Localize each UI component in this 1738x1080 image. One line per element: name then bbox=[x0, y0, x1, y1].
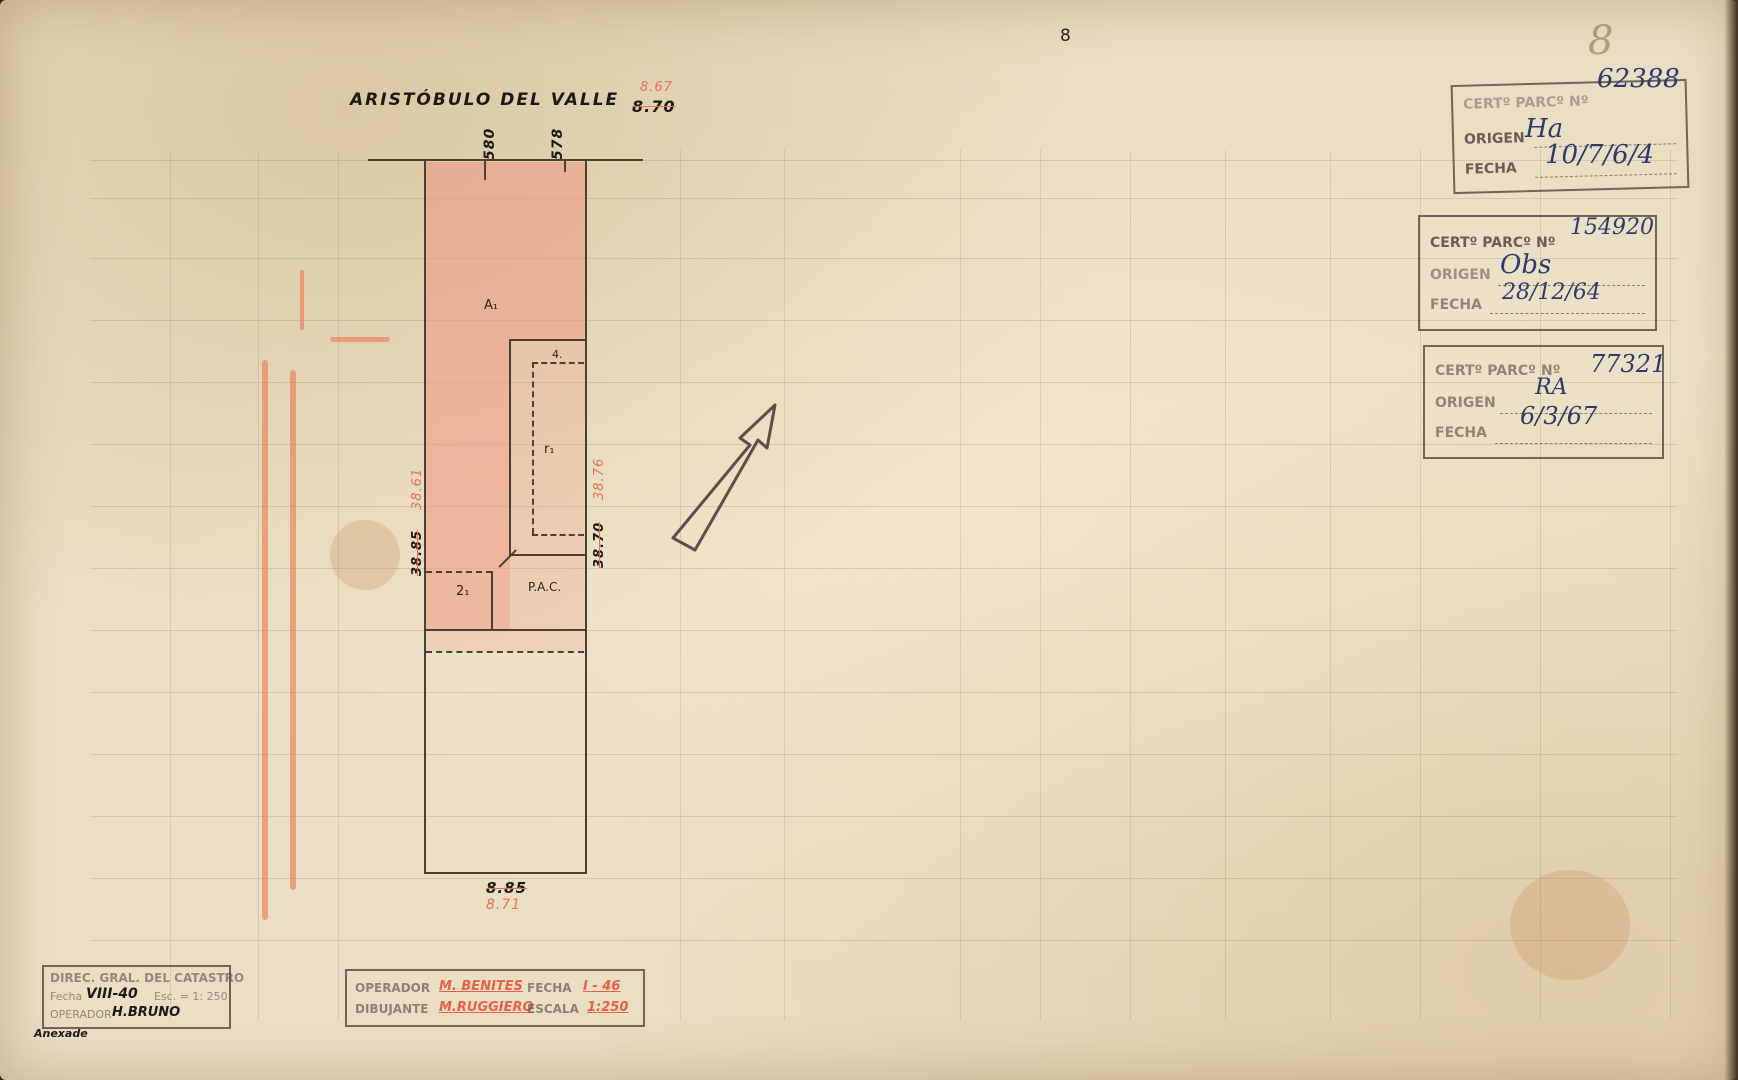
draftsman-value: M.RUGGIERO bbox=[439, 1000, 534, 1015]
cert-date-label: FECHA bbox=[1465, 160, 1517, 177]
built-area-fill-light bbox=[426, 630, 586, 652]
water-stain bbox=[1510, 870, 1630, 980]
catastro-scale-label: Esc. = 1: 250 bbox=[154, 990, 228, 1003]
cert-origin-value: Obs bbox=[1500, 250, 1551, 280]
annex-note: Anexade bbox=[34, 1027, 88, 1040]
cert-date-label: FECHA bbox=[1435, 425, 1487, 441]
cert-origin-label: ORIGEN bbox=[1464, 130, 1525, 148]
operator-value: M. BENITES bbox=[439, 979, 523, 994]
cadastral-card: 8 8 ARISTÓBULO DEL VALLE 8.70 8.67 580 5… bbox=[0, 0, 1738, 1080]
frontage-original: 8.70 bbox=[632, 97, 675, 116]
water-stain bbox=[330, 520, 400, 590]
cert-number-value: 62388 bbox=[1597, 64, 1680, 94]
door-number-580: 580 bbox=[482, 128, 498, 160]
left-depth-original: 38.85 bbox=[410, 530, 425, 576]
zone-label-2: 2₁ bbox=[456, 584, 469, 599]
page-number: 8 bbox=[1060, 26, 1071, 46]
cert-origin-label: ORIGEN bbox=[1430, 267, 1491, 283]
right-depth-corrected: 38.76 bbox=[592, 458, 607, 500]
door-number-578: 578 bbox=[550, 128, 566, 160]
red-ink-streak bbox=[300, 270, 304, 330]
door-tick bbox=[564, 160, 566, 172]
zone-label-pac: P.A.C. bbox=[528, 580, 561, 594]
red-ink-streak bbox=[290, 370, 296, 890]
cert-number-label: CERTº PARCº Nº bbox=[1430, 235, 1556, 251]
certificate-stamp-1: CERTº PARCº Nº ORIGEN FECHA bbox=[1451, 79, 1690, 194]
zone-label-a1: A₁ bbox=[484, 298, 498, 313]
catastro-operator-label: OPERADOR bbox=[50, 1008, 112, 1021]
zone-label-4: 4. bbox=[552, 348, 563, 361]
draftsman-label: DIBUJANTE bbox=[355, 1002, 429, 1016]
rear-width-corrected: 8.71 bbox=[486, 897, 521, 913]
cert-number-value: 77321 bbox=[1590, 350, 1666, 378]
cert-origin-label: ORIGEN bbox=[1435, 395, 1496, 411]
frontage-corrected: 8.67 bbox=[640, 80, 673, 95]
north-arrow-icon bbox=[665, 400, 785, 555]
red-ink-streak bbox=[262, 360, 268, 920]
page-edge-shadow bbox=[1724, 0, 1738, 1080]
zone-boundary bbox=[491, 571, 493, 630]
date-label: FECHA bbox=[527, 981, 572, 995]
catastro-date-label: Fecha bbox=[50, 990, 82, 1003]
catastro-operator: H.BRUNO bbox=[112, 1005, 180, 1020]
catastro-stamp: DIREC. GRAL. DEL CATASTRO Fecha VIII-40 … bbox=[42, 965, 231, 1029]
zone-label-r1: r₁ bbox=[544, 442, 555, 457]
scale-value: 1:250 bbox=[587, 1000, 628, 1015]
folio-number: 8 bbox=[1588, 18, 1613, 64]
drafting-stamp: OPERADOR M. BENITES FECHA I - 46 DIBUJAN… bbox=[345, 969, 645, 1027]
left-depth-corrected: 38.61 bbox=[410, 468, 425, 510]
catastro-title: DIREC. GRAL. DEL CATASTRO bbox=[50, 971, 244, 985]
dashed-zone-line bbox=[532, 362, 584, 364]
lot-left-boundary bbox=[424, 160, 426, 874]
cert-number-label: CERTº PARCº Nº bbox=[1463, 94, 1589, 113]
cert-number-value: 154920 bbox=[1570, 215, 1654, 240]
street-name: ARISTÓBULO DEL VALLE bbox=[350, 90, 619, 110]
lot-rear-boundary bbox=[424, 872, 587, 874]
dashed-zone-line bbox=[532, 534, 584, 536]
door-tick bbox=[484, 160, 486, 180]
catastro-date: VIII-40 bbox=[86, 986, 138, 1002]
date-value: I - 46 bbox=[583, 979, 620, 994]
zone-boundary bbox=[509, 554, 586, 556]
dashed-zone-line bbox=[426, 571, 492, 573]
cert-date-value: 28/12/64 bbox=[1502, 280, 1601, 305]
zone-boundary bbox=[510, 339, 586, 341]
zone-boundary bbox=[424, 629, 587, 631]
operator-label: OPERADOR bbox=[355, 981, 430, 995]
dashed-zone-line bbox=[426, 651, 584, 653]
rear-width-original: 8.85 bbox=[486, 879, 527, 897]
cert-date-label: FECHA bbox=[1430, 297, 1482, 313]
cert-date-value: 6/3/67 bbox=[1520, 402, 1597, 430]
street-line bbox=[368, 159, 643, 161]
cert-date-value: 10/7/6/4 bbox=[1545, 140, 1654, 170]
dashed-zone-line bbox=[532, 362, 534, 534]
lot-right-boundary bbox=[585, 160, 587, 874]
cert-origin-value: RA bbox=[1535, 375, 1567, 400]
built-area-fill bbox=[426, 162, 586, 340]
zone-boundary bbox=[509, 339, 511, 555]
scale-label: ESCALA bbox=[527, 1002, 579, 1016]
right-depth-original: 38.70 bbox=[592, 522, 607, 568]
red-ink-streak bbox=[330, 337, 390, 342]
